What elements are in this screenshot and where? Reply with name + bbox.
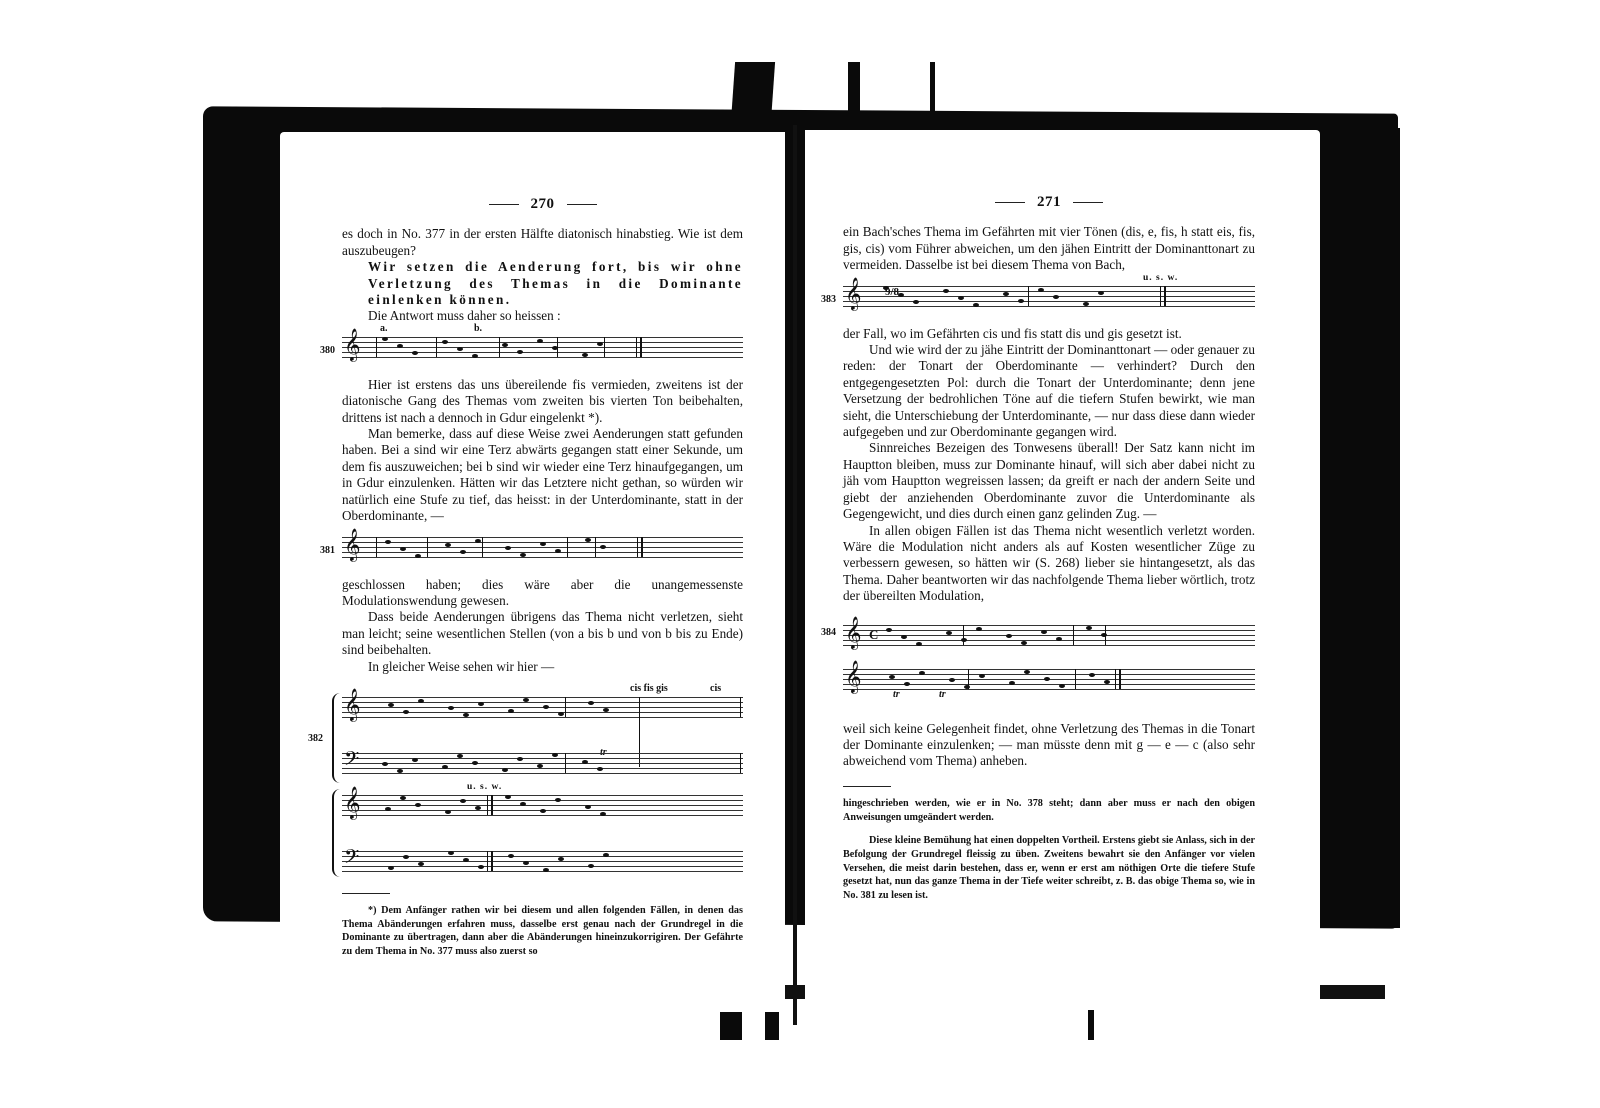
note-head <box>537 339 543 343</box>
note-head <box>508 854 514 858</box>
note-head <box>418 699 424 703</box>
left-page: 270 es doch in No. 377 in der ersten Häl… <box>280 132 785 1012</box>
note-head <box>382 337 388 341</box>
paragraph-emphasized: Wir setzen die Aenderung fort, bis wir o… <box>342 259 743 308</box>
paragraph: In gleicher Weise sehen wir hier — <box>342 659 743 675</box>
note-head <box>385 540 391 544</box>
music-example-384: 384 tr tr 𝄞 C 𝄞 <box>843 619 1255 707</box>
music-example-381: 381 𝄞 <box>342 531 743 571</box>
note-head <box>403 855 409 859</box>
note-head <box>388 703 394 707</box>
note-head <box>540 542 546 546</box>
note-head <box>1059 684 1065 688</box>
note-head <box>958 296 964 300</box>
note-head <box>1044 677 1050 681</box>
note-head <box>463 713 469 717</box>
note-head <box>502 768 508 772</box>
note-head <box>418 862 424 866</box>
note-head <box>1018 299 1024 303</box>
page-number: 271 <box>843 194 1255 210</box>
note-head <box>415 554 421 558</box>
treble-clef-icon: 𝄞 <box>344 691 361 719</box>
note-head <box>555 798 561 802</box>
footnote: *) Dem Anfänger rathen wir bei diesem un… <box>342 904 743 958</box>
note-head <box>385 807 391 811</box>
note-head <box>1056 637 1062 641</box>
note-head <box>961 638 967 642</box>
note-head <box>523 861 529 865</box>
note-head <box>552 753 558 757</box>
note-head <box>585 805 591 809</box>
staff-bass: 𝄢 <box>342 851 743 871</box>
note-head <box>457 347 463 351</box>
paragraph: Und wie wird der zu jähe Eintritt der Do… <box>843 342 1255 440</box>
bookmark-ribbon <box>930 62 935 132</box>
footnote: Diese kleine Bemühung hat einen doppelte… <box>843 834 1255 902</box>
note-head <box>600 545 606 549</box>
note-head <box>898 293 904 297</box>
note-head <box>397 769 403 773</box>
note-head <box>582 353 588 357</box>
treble-clef-icon: 𝄞 <box>344 531 361 559</box>
note-head <box>558 857 564 861</box>
note-head <box>475 806 481 810</box>
note-head <box>540 809 546 813</box>
paragraph: Hier ist erstens das uns übereilende fis… <box>342 377 743 426</box>
paragraph: geschlossen haben; dies wäre aber die un… <box>342 577 743 610</box>
treble-clef-icon: 𝄞 <box>845 619 862 647</box>
footnote-rule <box>843 786 891 787</box>
note-head <box>913 300 919 304</box>
note-head <box>976 627 982 631</box>
note-head <box>523 698 529 702</box>
note-head <box>520 553 526 557</box>
note-head <box>919 671 925 675</box>
note-head <box>442 765 448 769</box>
footnote-rule <box>342 893 390 894</box>
note-head <box>472 354 478 358</box>
note-head <box>537 764 543 768</box>
note-head <box>478 865 484 869</box>
note-head <box>904 682 910 686</box>
note-head <box>397 344 403 348</box>
staff: 𝄞 C <box>843 625 1255 645</box>
note-head <box>886 628 892 632</box>
note-head <box>445 543 451 547</box>
staff: 𝄞 <box>342 537 743 557</box>
note-head <box>964 685 970 689</box>
note-head <box>1083 302 1089 306</box>
paragraph: Dass beide Aenderungen übrigens das Them… <box>342 609 743 658</box>
note-head <box>448 706 454 710</box>
note-head <box>600 812 606 816</box>
note-head <box>543 868 549 872</box>
note-head <box>588 864 594 868</box>
note-head <box>502 343 508 347</box>
note-head <box>505 546 511 550</box>
book-spine <box>793 125 797 1025</box>
note-head <box>603 708 609 712</box>
note-head <box>1003 292 1009 296</box>
note-head <box>517 350 523 354</box>
note-head <box>889 675 895 679</box>
note-head <box>1021 641 1027 645</box>
paragraph: Sinnreiches Bezeigen des Tonwesens übera… <box>843 440 1255 522</box>
note-head <box>603 853 609 857</box>
note-head <box>460 550 466 554</box>
treble-clef-icon: 𝄞 <box>845 280 862 308</box>
note-head <box>457 754 463 758</box>
note-head <box>555 549 561 553</box>
music-example-380: 380 a. b. 𝄞 <box>342 331 743 371</box>
paragraph: Die Antwort muss daher so heissen : <box>342 308 743 324</box>
staff: 𝄞 <box>843 669 1255 689</box>
brace <box>332 693 340 783</box>
treble-clef-icon: 𝄞 <box>845 663 862 691</box>
paragraph: In allen obigen Fällen ist das Thema nic… <box>843 523 1255 605</box>
paragraph: der Fall, wo im Gefährten cis und fis st… <box>843 326 1255 342</box>
paragraph: ein Bach'sches Thema im Gefährten mit vi… <box>843 224 1255 273</box>
note-head <box>505 795 511 799</box>
note-head <box>1089 673 1095 677</box>
note-head <box>1006 634 1012 638</box>
note-head <box>973 303 979 307</box>
note-head <box>552 346 558 350</box>
staff: 𝄞 <box>342 337 743 357</box>
note-head <box>520 802 526 806</box>
note-head <box>1086 626 1092 630</box>
note-head <box>517 757 523 761</box>
note-head <box>445 810 451 814</box>
note-head <box>916 642 922 646</box>
note-head <box>558 712 564 716</box>
note-head <box>979 674 985 678</box>
note-head <box>588 701 594 705</box>
note-head <box>475 539 481 543</box>
music-example-383: 383 u. s. w. 𝄞 9/8 <box>843 280 1255 320</box>
time-signature: C <box>869 627 878 643</box>
page-number: 270 <box>342 196 743 212</box>
note-head <box>1024 670 1030 674</box>
note-head <box>543 705 549 709</box>
note-head <box>415 803 421 807</box>
note-head <box>403 710 409 714</box>
note-head <box>478 702 484 706</box>
note-head <box>472 761 478 765</box>
note-head <box>412 758 418 762</box>
note-head <box>1038 288 1044 292</box>
staff-treble: 𝄞 <box>342 697 743 717</box>
note-head <box>949 678 955 682</box>
note-head <box>1104 680 1110 684</box>
note-head <box>448 851 454 855</box>
paragraph: es doch in No. 377 in der ersten Hälfte … <box>342 226 743 259</box>
note-head <box>1009 681 1015 685</box>
note-head <box>943 289 949 293</box>
footnote: hingeschrieben werden, wie er in No. 378… <box>843 797 1255 824</box>
note-head <box>1041 630 1047 634</box>
note-head <box>1101 633 1107 637</box>
note-head <box>463 858 469 862</box>
treble-clef-icon: 𝄞 <box>344 331 361 359</box>
note-head <box>400 547 406 551</box>
paragraph: weil sich keine Gelegenheit findet, ohne… <box>843 721 1255 770</box>
music-example-382-continued: u. s. w. 𝄞 𝄢 <box>342 789 743 877</box>
right-page: 271 ein Bach'sches Thema im Gefährten mi… <box>805 130 1320 1010</box>
note-head <box>382 762 388 766</box>
brace <box>332 789 340 877</box>
note-head <box>597 342 603 346</box>
note-head <box>582 760 588 764</box>
note-head <box>901 635 907 639</box>
paragraph: Man bemerke, dass auf diese Weise zwei A… <box>342 426 743 524</box>
bass-clef-icon: 𝄢 <box>344 845 359 873</box>
bookmark-ribbon <box>731 62 775 122</box>
staff: 𝄞 9/8 <box>843 286 1255 306</box>
bass-clef-icon: 𝄢 <box>344 747 359 775</box>
note-head <box>946 631 952 635</box>
note-head <box>442 340 448 344</box>
note-head <box>412 351 418 355</box>
treble-clef-icon: 𝄞 <box>344 789 361 817</box>
staff-treble: 𝄞 <box>342 795 743 815</box>
note-head <box>400 796 406 800</box>
note-head <box>1053 295 1059 299</box>
staff-bass: 𝄢 <box>342 753 743 773</box>
note-head <box>883 286 889 290</box>
note-head <box>597 767 603 771</box>
note-head <box>508 709 514 713</box>
bookmark-ribbon <box>848 62 860 128</box>
music-example-382: 382 cis fis gis cis tr 𝄞 𝄢 <box>342 693 743 783</box>
note-head <box>460 799 466 803</box>
note-head <box>1098 291 1104 295</box>
note-head <box>388 866 394 870</box>
note-head <box>585 538 591 542</box>
